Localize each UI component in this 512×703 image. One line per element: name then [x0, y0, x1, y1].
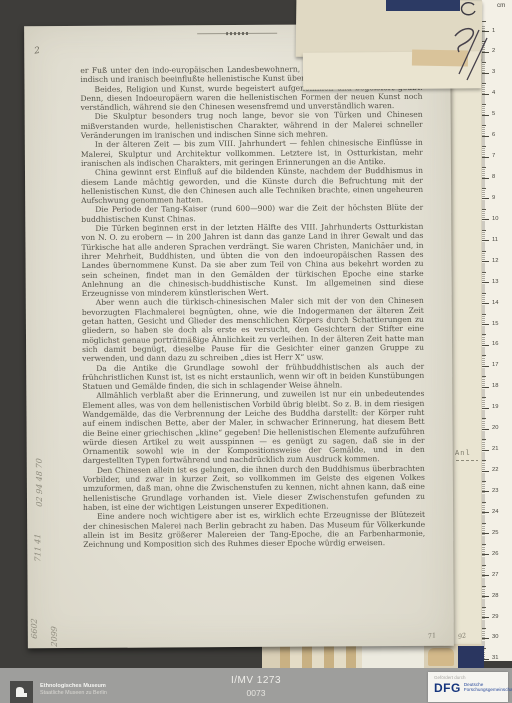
- ruler-tick: 9: [482, 198, 489, 199]
- ruler-half-tick: [482, 209, 486, 210]
- ruler-tick: 30: [482, 638, 489, 639]
- ruler-half-tick: [482, 334, 486, 335]
- ruler-tick: 6: [482, 136, 489, 137]
- ruler-tick: 23: [482, 491, 489, 492]
- ruler-tick: 28: [482, 596, 489, 597]
- painting-detail: [428, 648, 454, 666]
- ruler-half-tick: [482, 418, 486, 419]
- ruler-half-tick: [482, 460, 486, 461]
- paragraph: In der älteren Zeit — bis zum VIII. Jahr…: [81, 138, 423, 168]
- dfg-logo: Gefördert durch DFG Deutsche Forschungsg…: [428, 672, 508, 702]
- dfg-acronym: DFG: [434, 682, 461, 694]
- ruler-tick: 16: [482, 345, 489, 346]
- ruler-tick: 19: [482, 408, 489, 409]
- ink-flourish: [445, 22, 493, 82]
- ruler-half-tick: [482, 481, 486, 482]
- ruler-tick: 17: [482, 366, 489, 367]
- footer-bar: Ethnologisches Museum Staatliche Museen …: [0, 668, 512, 703]
- ruler-half-tick: [482, 146, 486, 147]
- paragraph: Die Periode der Tang-Kaiser (rund 600—90…: [81, 203, 423, 224]
- ruler-half-tick: [482, 104, 486, 105]
- ink-circle-mark: [456, 1, 478, 17]
- margin-annotation: 711 41: [33, 533, 42, 562]
- ruler-half-tick: [482, 167, 486, 168]
- ruler-half-tick: [482, 376, 486, 377]
- ruler-half-tick: [482, 439, 486, 440]
- divider-ornament: [197, 33, 277, 34]
- ruler-tick: 10: [482, 219, 489, 220]
- ruler: cm 1234567891011121314151617181920212223…: [481, 0, 512, 661]
- ruler-tick: 20: [482, 429, 489, 430]
- margin-annotation: 02 94 48 70: [35, 458, 44, 507]
- funding-label: Gefördert durch: [434, 675, 466, 680]
- ruler-tick: 11: [482, 240, 489, 241]
- ruler-tick: 26: [482, 554, 489, 555]
- paragraph: Da die Antike die Grundlage sowohl der f…: [82, 361, 424, 391]
- ruler-tick: 4: [482, 94, 489, 95]
- ruler-half-tick: [482, 188, 486, 189]
- paragraph: Den Chinesen allein ist es gelungen, die…: [83, 464, 425, 513]
- ruler-half-tick: [482, 272, 486, 273]
- ruler-tick: 12: [482, 261, 489, 262]
- bottom-pencil-annotation: 71: [427, 631, 437, 640]
- painting-detail: [458, 646, 484, 668]
- ruler-tick: 24: [482, 512, 489, 513]
- margin-annotation: 6602: [30, 618, 39, 639]
- backing-page-text-fragment: Anl: [455, 450, 471, 458]
- ruler-tick: 22: [482, 471, 489, 472]
- ruler-half-tick: [482, 251, 486, 252]
- ruler-half-tick: [482, 586, 486, 587]
- ruler-half-tick: [482, 607, 486, 608]
- ruler-tick: 29: [482, 617, 489, 618]
- ruler-half-tick: [482, 397, 486, 398]
- navy-fragment: [386, 0, 460, 11]
- ruler-tick: 5: [482, 115, 489, 116]
- ruler-tick: 14: [482, 303, 489, 304]
- ruler-tick: 8: [482, 178, 489, 179]
- ruler-half-tick: [482, 544, 486, 545]
- scanned-page: 2 er Fuß unter den indo-europäischen Lan…: [24, 24, 454, 649]
- ruler-half-tick: [482, 230, 486, 231]
- ruler-unit-label: cm: [497, 2, 505, 9]
- ruler-half-tick: [482, 523, 486, 524]
- painting-fragment: [262, 644, 482, 668]
- ruler-half-tick: [482, 293, 486, 294]
- paragraph: Allmählich verblaßt aber die Erinnerung,…: [82, 389, 424, 465]
- ruler-half-tick: [482, 125, 486, 126]
- ruler-tick: 27: [482, 575, 489, 576]
- text-block: er Fuß unter den indo-europäischen Lande…: [80, 64, 425, 614]
- paragraph: Aber wenn auch die türkisch-chinesischen…: [82, 296, 424, 363]
- paragraph: Die Skulptur besonders trug noch lange, …: [81, 110, 423, 140]
- dfg-full-name: Deutsche Forschungsgemeinschaft: [464, 682, 504, 692]
- ruler-half-tick: [482, 565, 486, 566]
- ruler-tick: 18: [482, 387, 489, 388]
- ruler-half-tick: [482, 314, 486, 315]
- paragraph: China gewinnt erst Einfluß auf die bilde…: [81, 166, 423, 205]
- paragraph: Die Türken beginnen erst in der letzten …: [81, 222, 423, 298]
- ruler-tick: 13: [482, 282, 489, 283]
- painting-detail: [280, 644, 362, 668]
- ruler-tick: 15: [482, 324, 489, 325]
- ruler-half-tick: [482, 628, 486, 629]
- margin-annotation: 2099: [50, 626, 59, 647]
- ruler-tick: 25: [482, 533, 489, 534]
- bottom-pencil-annotation: 92: [457, 631, 467, 641]
- painting-detail: [362, 644, 424, 668]
- paragraph: Eine andere noch wichtigere aber ist es,…: [83, 510, 425, 549]
- handwritten-page-number: 2: [34, 46, 41, 57]
- ruler-half-tick: [482, 355, 486, 356]
- scan-viewer: { "scan": { "page_number_annotation": "2…: [0, 0, 512, 703]
- ruler-tick: 21: [482, 450, 489, 451]
- ruler-tick: 7: [482, 157, 489, 158]
- ruler-half-tick: [482, 83, 486, 84]
- ruler-half-tick: [482, 502, 486, 503]
